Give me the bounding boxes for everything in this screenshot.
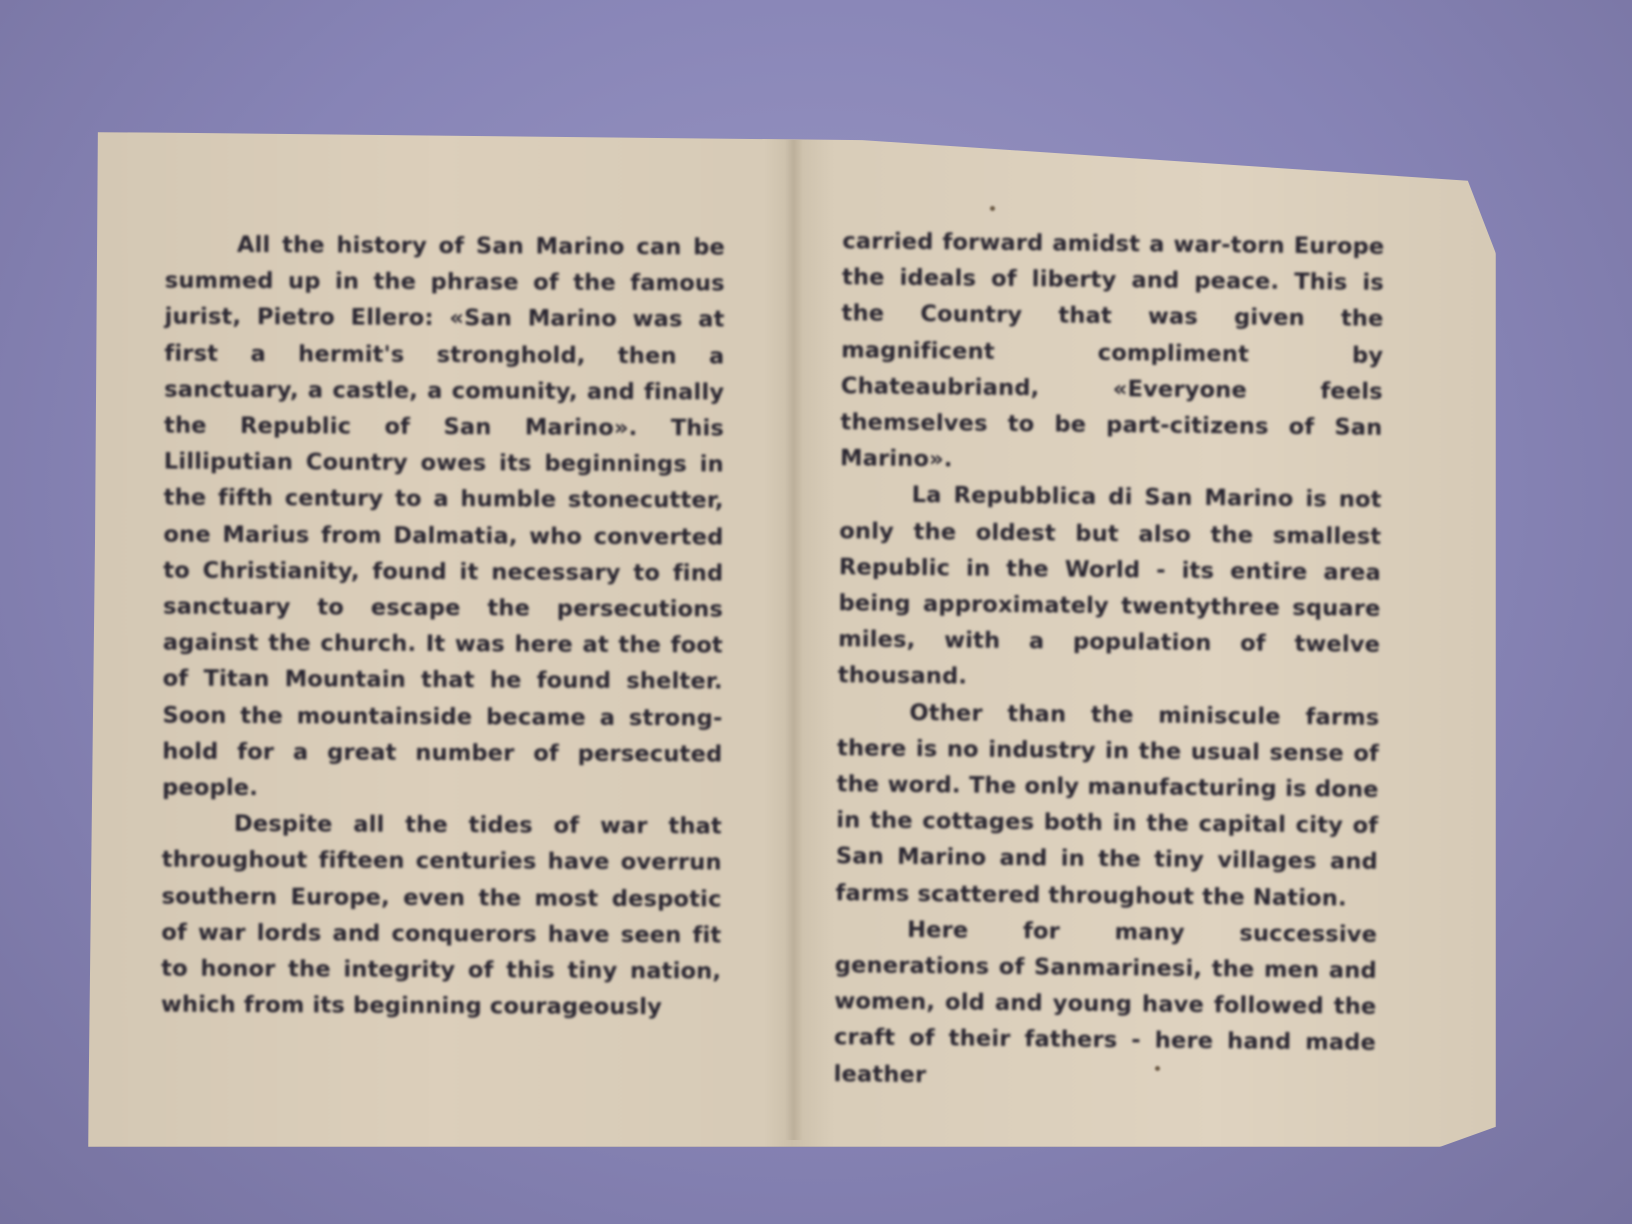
- left-page-text: All the history of San Marino can be sum…: [161, 227, 725, 1026]
- paragraph-industry: Other than the miniscule farms there is …: [835, 694, 1379, 917]
- paragraph-continuation: carried forward amidst a war-torn Europe…: [840, 223, 1385, 482]
- paragraph-history: All the history of San Marino can be sum…: [162, 227, 725, 809]
- paper-speck: [990, 206, 995, 211]
- paragraph-generations: Here for many successive generations of …: [833, 911, 1377, 1098]
- right-page-text: carried forward amidst a war-torn Europe…: [833, 223, 1384, 1098]
- paragraph-despite: Despite all the tides of war that throug…: [161, 806, 722, 1026]
- paragraph-republic: La Repubblica di San Marino is not only …: [838, 477, 1382, 700]
- page-fold-crease: [785, 140, 803, 1140]
